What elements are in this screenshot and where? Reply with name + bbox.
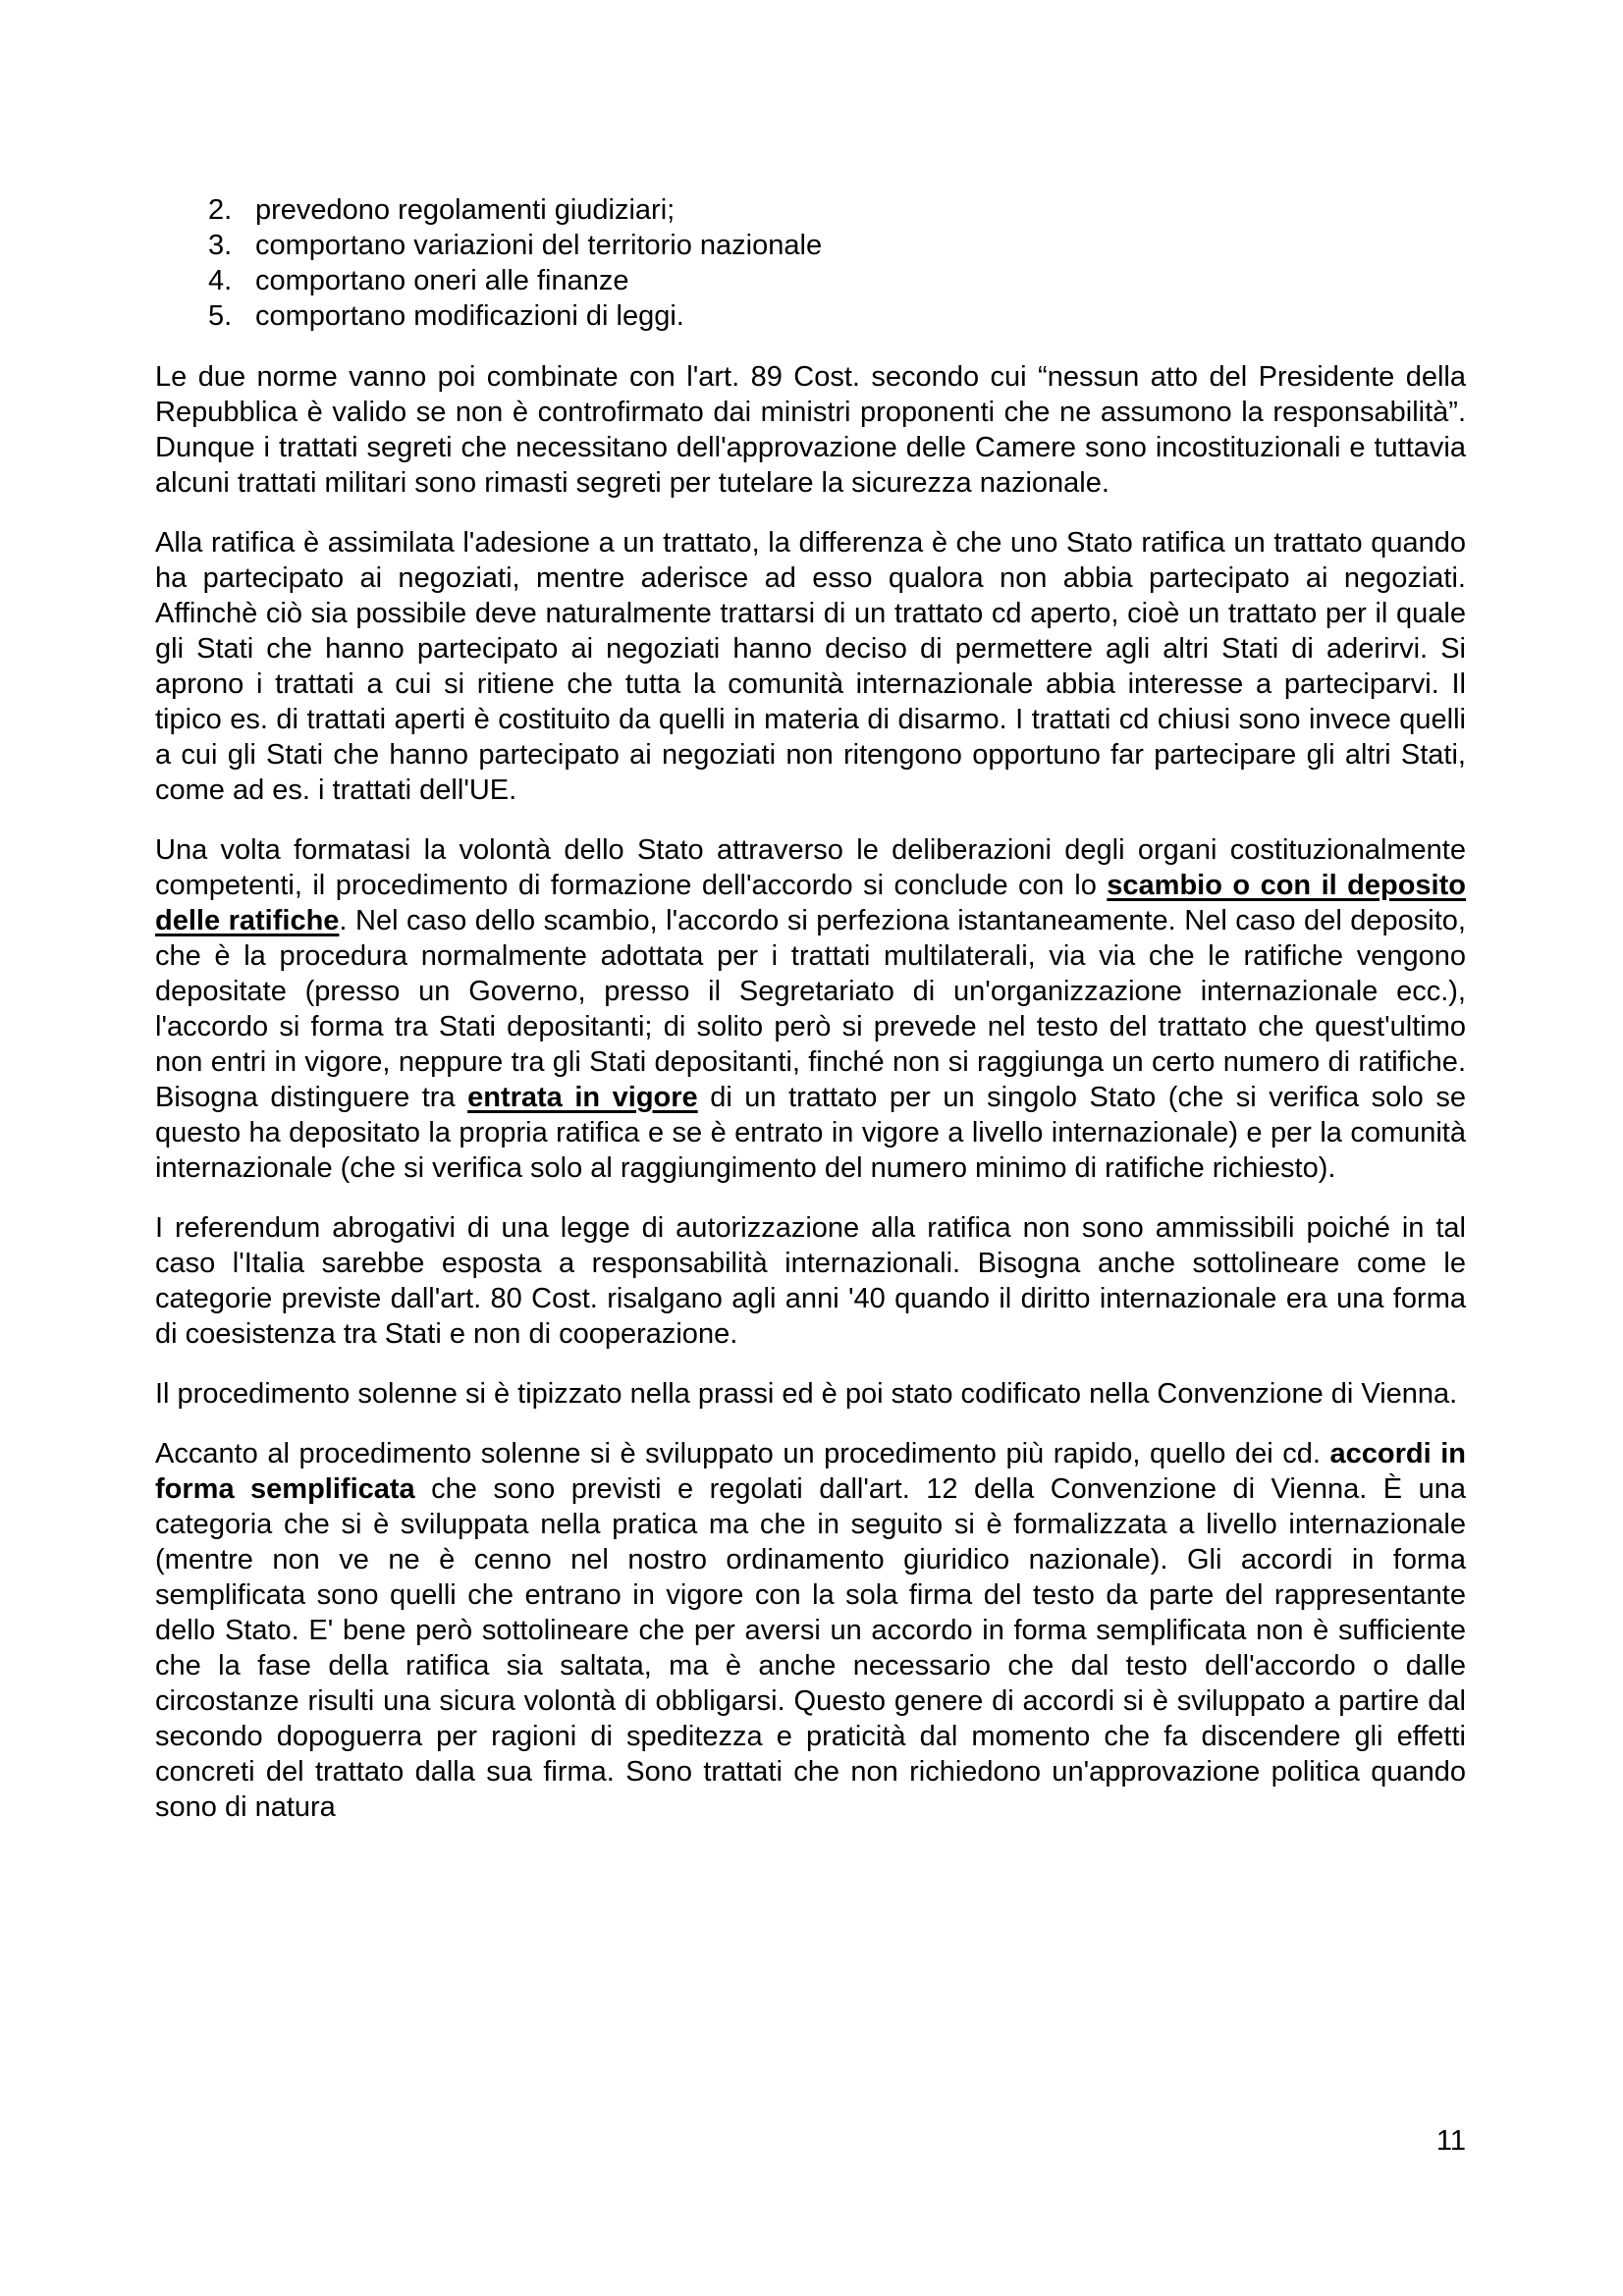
paragraph-procedimento-solenne: Il procedimento solenne si è tipizzato n…: [155, 1376, 1466, 1412]
document-page: 2. prevedono regolamenti giudiziari; 3. …: [0, 0, 1623, 2296]
key-term-entrata-in-vigore: entrata in vigore: [467, 1082, 698, 1113]
text-run: Accanto al procedimento solenne si è svi…: [155, 1438, 1329, 1469]
list-item: 5. comportano modificazioni di leggi.: [155, 298, 1466, 334]
list-item-text: comportano variazioni del territorio naz…: [255, 228, 822, 263]
list-item: 3. comportano variazioni del territorio …: [155, 228, 1466, 263]
paragraph-scambio-deposito: Una volta formatasi la volontà dello Sta…: [155, 832, 1466, 1186]
list-item-number: 3.: [208, 228, 255, 263]
paragraph-adesione: Alla ratifica è assimilata l'adesione a …: [155, 525, 1466, 808]
numbered-list: 2. prevedono regolamenti giudiziari; 3. …: [155, 192, 1466, 334]
page-number: 11: [1436, 2123, 1466, 2159]
list-item: 2. prevedono regolamenti giudiziari;: [155, 192, 1466, 228]
list-item-number: 4.: [208, 263, 255, 298]
document-body: 2. prevedono regolamenti giudiziari; 3. …: [155, 192, 1466, 1849]
paragraph-accordi-semplificati: Accanto al procedimento solenne si è svi…: [155, 1436, 1466, 1825]
list-item-text: comportano oneri alle finanze: [255, 263, 628, 298]
text-run: che sono previsti e regolati dall'art. 1…: [155, 1473, 1466, 1823]
list-item-text: prevedono regolamenti giudiziari;: [255, 192, 675, 228]
paragraph-referendum: I referendum abrogativi di una legge di …: [155, 1210, 1466, 1352]
paragraph-art89: Le due norme vanno poi combinate con l'a…: [155, 359, 1466, 501]
list-item-number: 2.: [208, 192, 255, 228]
list-item-number: 5.: [208, 298, 255, 334]
list-item-text: comportano modificazioni di leggi.: [255, 298, 684, 334]
list-item: 4. comportano oneri alle finanze: [155, 263, 1466, 298]
